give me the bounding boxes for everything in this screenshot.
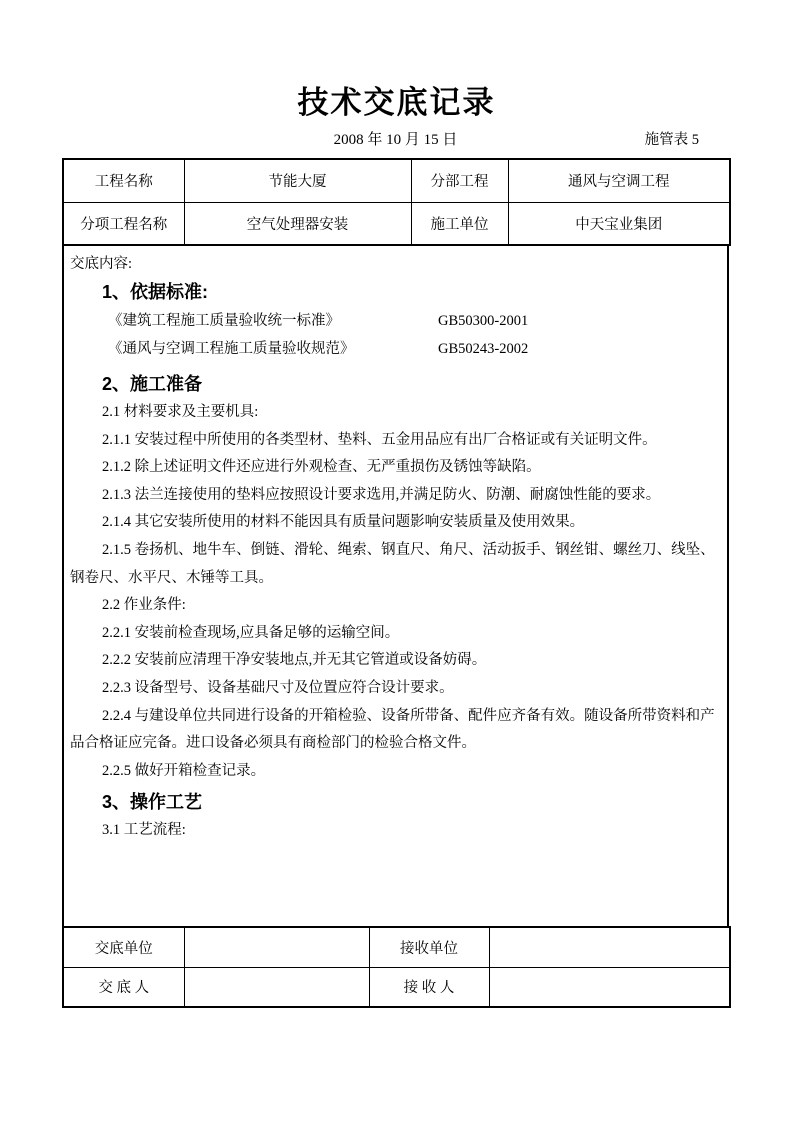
construction-unit-value: 中天宝业集团 bbox=[508, 202, 730, 245]
content-paragraph: 2.2.2 安装前应清理干净安装地点,并无其它管道或设备妨碍。 bbox=[70, 647, 721, 675]
document-date: 2008 年 10 月 15 日 bbox=[62, 129, 729, 151]
content-paragraph: 2.2.3 设备型号、设备基础尺寸及位置应符合设计要求。 bbox=[70, 675, 721, 703]
section1-heading: 1、依据标准: bbox=[102, 277, 721, 307]
receiver-value-cell bbox=[489, 967, 730, 1007]
construction-unit-label: 施工单位 bbox=[411, 202, 508, 245]
sign-row-1: 交底单位 接收单位 bbox=[63, 927, 730, 967]
division-work-value: 通风与空调工程 bbox=[508, 159, 730, 202]
discloser-value-cell bbox=[184, 967, 369, 1007]
standard-code: GB50300-2001 bbox=[438, 313, 528, 329]
content-paragraph: 2.1.5 卷扬机、地牛车、倒链、滑轮、绳索、钢直尺、角尺、活动扳手、钢丝钳、螺… bbox=[70, 537, 721, 592]
standard-reference: 《建筑工程施工质量验收统一标准》GB50300-2001 bbox=[70, 307, 721, 335]
standard-reference: 《通风与空调工程施工质量验收规范》GB50243-2002 bbox=[70, 335, 721, 363]
info-row-2: 分项工程名称 空气处理器安装 施工单位 中天宝业集团 bbox=[63, 202, 730, 245]
project-info-table: 工程名称 节能大厦 分部工程 通风与空调工程 分项工程名称 空气处理器安装 施工… bbox=[62, 158, 731, 246]
content-label: 交底内容: bbox=[70, 246, 721, 277]
content-paragraph: 2.1.2 除上述证明文件还应进行外观检查、无严重损伤及锈蚀等缺陷。 bbox=[70, 454, 721, 482]
disclosing-unit-value-cell bbox=[184, 927, 369, 967]
section2-heading: 2、施工准备 bbox=[102, 369, 721, 399]
info-row-1: 工程名称 节能大厦 分部工程 通风与空调工程 bbox=[63, 159, 730, 202]
disclosure-content-box: 交底内容: 1、依据标准: 《建筑工程施工质量验收统一标准》GB50300-20… bbox=[62, 246, 729, 928]
document-page: 技术交底记录 2008 年 10 月 15 日 施管表 5 工程名称 节能大厦 … bbox=[0, 0, 793, 1122]
form-code-label: 施管表 5 bbox=[645, 129, 699, 151]
content-paragraph: 2.1.1 安装过程中所使用的各类型材、垫料、五金用品应有出厂合格证或有关证明文… bbox=[70, 427, 721, 455]
standard-code: GB50243-2002 bbox=[438, 341, 528, 357]
disclosing-unit-label: 交底单位 bbox=[63, 927, 184, 967]
project-name-value: 节能大厦 bbox=[184, 159, 411, 202]
section3-heading: 3、操作工艺 bbox=[102, 787, 721, 817]
project-name-label: 工程名称 bbox=[63, 159, 184, 202]
subitem-name-value: 空气处理器安装 bbox=[184, 202, 411, 245]
document-title: 技术交底记录 bbox=[0, 84, 793, 122]
content-paragraph: 2.1.3 法兰连接使用的垫料应按照设计要求选用,并满足防火、防潮、耐腐蚀性能的… bbox=[70, 482, 721, 510]
division-work-label: 分部工程 bbox=[411, 159, 508, 202]
content-paragraph: 2.2.5 做好开箱检查记录。 bbox=[70, 758, 721, 786]
subitem-name-label: 分项工程名称 bbox=[63, 202, 184, 245]
content-paragraph: 2.2 作业条件: bbox=[70, 592, 721, 620]
discloser-label: 交 底 人 bbox=[63, 967, 184, 1007]
content-paragraph: 2.1 材料要求及主要机具: bbox=[70, 399, 721, 427]
signature-table: 交底单位 接收单位 交 底 人 接 收 人 bbox=[62, 926, 731, 1008]
receiving-unit-value-cell bbox=[489, 927, 730, 967]
standard-title: 《建筑工程施工质量验收统一标准》 bbox=[108, 307, 438, 335]
receiver-label: 接 收 人 bbox=[369, 967, 489, 1007]
content-paragraph: 2.2.1 安装前检查现场,应具备足够的运输空间。 bbox=[70, 620, 721, 648]
sign-row-2: 交 底 人 接 收 人 bbox=[63, 967, 730, 1007]
standard-title: 《通风与空调工程施工质量验收规范》 bbox=[108, 335, 438, 363]
content-paragraph: 2.2.4 与建设单位共同进行设备的开箱检验、设备所带备、配件应齐备有效。随设备… bbox=[70, 703, 721, 758]
content-paragraph: 2.1.4 其它安装所使用的材料不能因具有质量问题影响安装质量及使用效果。 bbox=[70, 509, 721, 537]
receiving-unit-label: 接收单位 bbox=[369, 927, 489, 967]
subtitle-row: 2008 年 10 月 15 日 施管表 5 bbox=[62, 129, 729, 151]
content-paragraph: 3.1 工艺流程: bbox=[70, 817, 721, 845]
